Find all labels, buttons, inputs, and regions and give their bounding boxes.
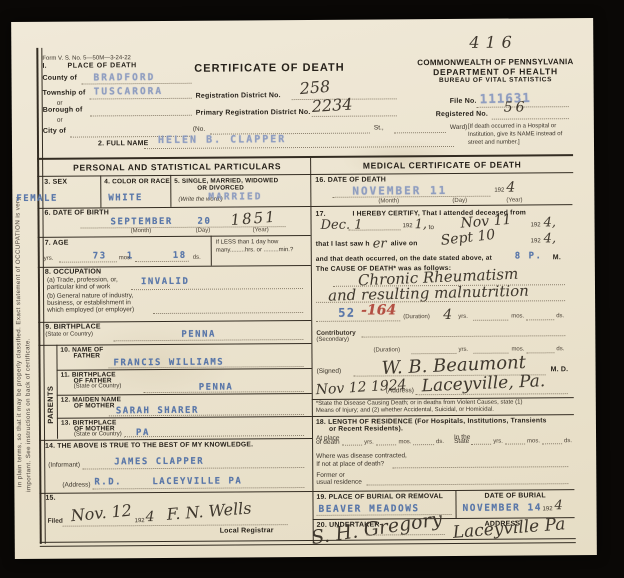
band-bottom-line xyxy=(37,172,573,177)
row-line xyxy=(57,368,312,371)
less-than-day-note: If LESS than 1 day how many.........hrs.… xyxy=(216,238,306,255)
mos-unit: mos. xyxy=(527,438,540,444)
full-name-line xyxy=(144,146,454,149)
md-label: M. D. xyxy=(551,366,569,373)
leader-dots xyxy=(376,437,397,445)
residence-label-1: 18. LENGTH OF RESIDENCE (For Hospitals, … xyxy=(316,417,547,426)
state-label: State xyxy=(454,438,469,445)
informant-address-line xyxy=(92,487,304,489)
leader-dots xyxy=(342,438,363,446)
county-value-stamp: BRADFORD xyxy=(93,72,155,83)
sign-address-line xyxy=(416,393,568,395)
form-left-border-inner xyxy=(41,48,45,544)
year-printed: 192 xyxy=(531,238,541,244)
ds-unit: ds. xyxy=(193,255,201,261)
borough-label: Borough of xyxy=(43,107,83,114)
mother-birthplace-line xyxy=(124,435,304,437)
primary-district-line xyxy=(312,115,397,117)
residence-label-2: or Recent Residents). xyxy=(329,425,403,433)
death-time-value: 8 P. xyxy=(515,251,543,261)
sex-value: FEMALE xyxy=(16,194,58,204)
section1-number: I. xyxy=(42,63,46,70)
disease-contracted-line xyxy=(392,466,568,468)
date-of-death-label: 16. DATE OF DEATH xyxy=(315,176,386,183)
margin-note-inner: important. See instructions on back of c… xyxy=(23,192,32,492)
duration2-rule xyxy=(526,352,554,353)
duration-rule xyxy=(473,320,508,321)
state-country-hint: (State or Country) xyxy=(74,431,122,437)
attended-from-line xyxy=(349,229,401,230)
mos-unit: mos. xyxy=(119,255,132,261)
day-caption: (Day) xyxy=(452,198,467,204)
usual-residence-line xyxy=(366,483,568,485)
cause-code-red: -164 xyxy=(361,302,396,318)
city-label: City of xyxy=(43,128,66,135)
burial-date-label: DATE OF BURIAL xyxy=(484,492,545,499)
in-state-line: State yrs. mos. ds. xyxy=(454,436,572,445)
birthplace-label: 9. BIRTHPLACE xyxy=(45,323,101,330)
age-line xyxy=(135,261,189,262)
full-name-value: HELEN B. CLAPPER xyxy=(158,134,286,146)
yrs-unit: yrs. xyxy=(493,439,503,445)
month-caption: (Month) xyxy=(131,228,152,234)
date-of-birth-label: 6. DATE OF BIRTH xyxy=(44,209,109,216)
age-box-divider xyxy=(211,236,212,266)
column-divider xyxy=(310,156,314,540)
leader-dots xyxy=(471,437,491,445)
of-death-label: of death xyxy=(316,439,340,446)
ds-unit: ds. xyxy=(564,438,572,444)
duration-label: (Duration) xyxy=(403,314,430,320)
occupation-a-value: INVALID xyxy=(141,277,190,287)
burial-date-value: NOVEMBER 14 xyxy=(463,502,542,514)
from-year-handwritten: 1, xyxy=(415,217,428,232)
yrs-unit: yrs. xyxy=(44,256,54,262)
age-label: 7. AGE xyxy=(45,240,69,247)
item-15-number: 15. xyxy=(45,495,55,502)
sex-color-divider xyxy=(100,175,101,207)
to-word: to xyxy=(429,224,434,231)
burial-place-label: 19. PLACE OF BURIAL OR REMOVAL xyxy=(316,493,443,501)
row-line xyxy=(57,393,312,396)
informant-address-value-1: R.D. xyxy=(94,477,122,487)
county-label: County of xyxy=(43,75,78,82)
row-line xyxy=(39,438,312,441)
occupation-label: 8. OCCUPATION xyxy=(45,268,101,275)
filed-date-value: Nov. 12 xyxy=(70,501,133,526)
registered-no-line xyxy=(492,118,569,120)
informant-truth-statement: 14. THE ABOVE IS TRUE TO THE BEST OF MY … xyxy=(45,441,253,449)
street-ward-label: Ward) xyxy=(450,124,468,131)
year-printed: 192 xyxy=(531,222,541,228)
certificate-paper: in plain terms, so that it may be proper… xyxy=(11,18,597,559)
row-line xyxy=(38,343,311,346)
address-label: (Address) xyxy=(386,387,414,394)
birthplace-line xyxy=(113,339,303,341)
death-occurred-statement: and that death occurred, on the date sta… xyxy=(316,255,492,263)
row-line xyxy=(38,265,311,268)
last-saw-prefix: that I last saw h xyxy=(316,241,370,248)
row-line xyxy=(38,320,311,323)
or-word: or xyxy=(57,117,63,124)
medical-section-heading: MEDICAL CERTIFICATE OF DEATH xyxy=(322,159,562,171)
father-name-label-2: FATHER xyxy=(73,352,100,359)
age-years-value: 73 xyxy=(93,251,107,261)
form-bottom-border-inner xyxy=(40,542,576,547)
year-caption: (Year) xyxy=(506,197,522,203)
at-place-line: of death yrs. mos. ds. xyxy=(316,437,444,446)
yrs-unit: yrs. xyxy=(364,440,374,446)
occupation-a-label-2: particular kind of work xyxy=(47,283,110,290)
duration2-label: (Duration) xyxy=(373,347,400,353)
filed-line xyxy=(63,524,288,527)
borough-line xyxy=(90,115,192,117)
full-name-label: 2. FULL NAME xyxy=(98,140,149,147)
day-caption: (Day) xyxy=(196,228,211,234)
informant-address-label: (Address) xyxy=(62,481,90,488)
township-label: Township of xyxy=(43,90,86,97)
informant-value: JAMES CLAPPER xyxy=(114,457,204,468)
to-year-handwritten: 4, xyxy=(543,215,556,230)
informant-label: (Informant) xyxy=(48,462,80,469)
alive-on-label: alive on xyxy=(391,240,418,247)
secondary-label: (Secondary) xyxy=(316,337,349,343)
usual-residence-label: usual residence xyxy=(316,479,362,486)
hospital-note: [If death occurred in a Hospital or Inst… xyxy=(468,123,574,147)
parents-vertical-label: PARENTS xyxy=(46,364,55,424)
marital-value-stamp: MARRIED xyxy=(208,191,262,202)
registered-no-label: Registered No. xyxy=(436,111,488,118)
township-line xyxy=(90,98,192,100)
local-registrar-label: Local Registrar xyxy=(220,527,274,534)
last-saw-handwritten: er xyxy=(373,236,387,251)
form-number: Form V. S. No. 5—50M—3-24-22 xyxy=(42,55,131,62)
age-line xyxy=(59,261,117,262)
cause-code-blue: 52 xyxy=(338,306,356,320)
registration-district-value: 258 xyxy=(299,77,331,98)
file-no-label: File No. xyxy=(450,98,477,105)
birth-month-value: SEPTEMBER xyxy=(110,217,172,227)
item-17-number: 17. xyxy=(315,211,325,218)
state-country-hint: (State or Country) xyxy=(45,331,93,337)
color-race-value: WHITE xyxy=(108,193,143,203)
filed-label: Filed xyxy=(48,518,63,525)
disease-contracted-label-2: If not at place of death? xyxy=(316,460,384,467)
birth-day-value: 20 xyxy=(197,217,211,227)
age-days-value: 18 xyxy=(173,251,187,261)
bureau-heading: BUREAU OF VITAL STATISTICS xyxy=(410,76,582,84)
duration-years-value: 4 xyxy=(443,307,452,323)
state-country-hint: (State or Country) xyxy=(74,383,122,389)
ds-unit: ds. xyxy=(436,439,444,445)
yrs-unit: yrs. xyxy=(458,314,468,320)
sex-label: 3. SEX xyxy=(44,179,67,186)
year-printed: 192 xyxy=(403,223,413,229)
contributory-line xyxy=(361,335,565,337)
or-word: or xyxy=(57,100,63,107)
row-line xyxy=(310,204,572,207)
last-saw-date-value: Sept 10 xyxy=(440,227,496,249)
leader-dots xyxy=(413,437,434,445)
year-caption: (Year) xyxy=(253,227,269,233)
death-certificate-form: in plain terms, so that it may be proper… xyxy=(11,18,597,559)
county-line xyxy=(82,83,192,85)
registration-district-label: Registration District No. xyxy=(196,92,281,100)
color-marital-divider xyxy=(170,175,171,207)
township-value-stamp: TUSCARORA xyxy=(94,86,164,97)
certificate-title: CERTIFICATE OF DEATH xyxy=(189,62,349,75)
place-of-death-heading: PLACE OF DEATH xyxy=(67,62,136,69)
color-race-label: 4. COLOR OR RACE xyxy=(104,178,170,185)
mother-name-label-2: OF MOTHER xyxy=(74,402,115,409)
registrar-signature: F. N. Wells xyxy=(166,498,252,523)
occupation-a-line xyxy=(131,288,303,290)
row-line xyxy=(57,416,312,419)
street-line2 xyxy=(394,132,446,133)
birthplace-value: PENNA xyxy=(181,330,216,340)
informant-address-value-2: LACEYVILLE PA xyxy=(152,476,242,487)
month-caption: (Month) xyxy=(378,198,399,204)
informant-line xyxy=(82,467,304,470)
street-no-label: (No. xyxy=(193,126,205,133)
mos-unit: mos. xyxy=(511,313,524,319)
filed-year-handwritten: 4 xyxy=(146,509,155,525)
meridiem-label: M. xyxy=(553,254,561,261)
penciled-number: 416 xyxy=(469,33,518,52)
burial-divider xyxy=(455,490,456,518)
ds-unit: ds. xyxy=(556,313,564,319)
occupation-b-label-3: which employed (or employer) xyxy=(47,306,134,314)
parents-divider xyxy=(56,345,58,439)
yrs-unit: yrs. xyxy=(458,347,468,353)
signed-label: (Signed) xyxy=(317,368,342,375)
duration-rule xyxy=(316,320,400,322)
ds-unit: ds. xyxy=(556,346,564,352)
leader-dots xyxy=(542,436,562,444)
street-st-label: St., xyxy=(374,124,384,131)
personal-section-heading: PERSONAL AND STATISTICAL PARTICULARS xyxy=(52,161,302,173)
footnote-line-2: Means of Injury; and (2) whether Acciden… xyxy=(316,407,494,414)
occupation-b-line xyxy=(153,312,303,314)
mos-unit: mos. xyxy=(398,439,411,445)
burial-year-handwritten: 4 xyxy=(554,498,562,513)
burial-year-printed: 192 xyxy=(543,506,553,512)
primary-district-value: 2234 xyxy=(311,95,353,116)
disease-contracted-label-1: Where was disease contracted, xyxy=(316,452,407,460)
duration2-rule xyxy=(411,353,456,354)
leader-dots xyxy=(505,436,525,444)
primary-district-label: Primary Registration District No. xyxy=(196,109,311,117)
death-year-printed: 192 xyxy=(494,188,504,194)
duration-rule xyxy=(526,319,554,320)
registered-no-value: 56 xyxy=(504,99,528,115)
saw-year-handwritten: 4, xyxy=(544,231,557,246)
row-line xyxy=(39,491,312,494)
death-year-handwritten: 4 xyxy=(506,180,515,196)
margin-note-outer: in plain terms, so that it may be proper… xyxy=(14,77,24,487)
filed-year-printed: 192 xyxy=(135,518,145,524)
